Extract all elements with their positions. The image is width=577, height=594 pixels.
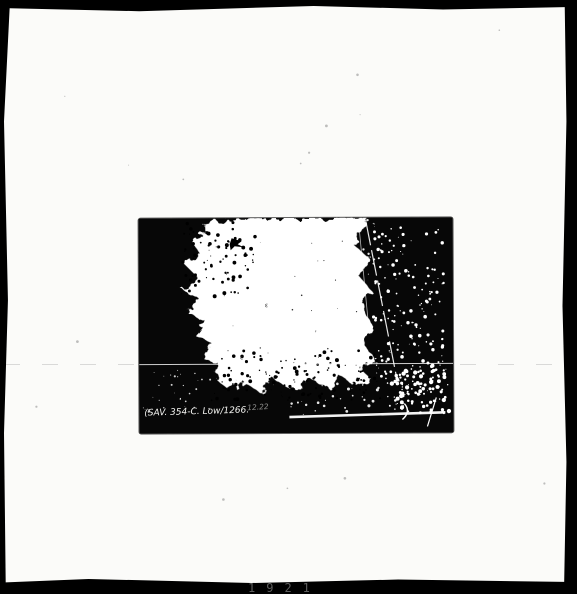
photograph: ε ε (SAV. 354-C. Low/1266. 12.22 (139, 217, 454, 433)
photo-image: ε ε (SAV. 354-C. Low/1266. 12.22 (139, 217, 454, 433)
bottom-edge: 1921 (0, 583, 577, 594)
tiny-mark: ε (240, 354, 243, 361)
photo-caption-note: 12.22 (247, 402, 269, 412)
tiny-mark: ε (265, 302, 268, 309)
bottom-edge-digits: 1921 (248, 583, 321, 594)
scan-canvas: ε ε (SAV. 354-C. Low/1266. 12.22 1921 (0, 0, 577, 594)
scanned-page: ε ε (SAV. 354-C. Low/1266. 12.22 (4, 6, 567, 583)
